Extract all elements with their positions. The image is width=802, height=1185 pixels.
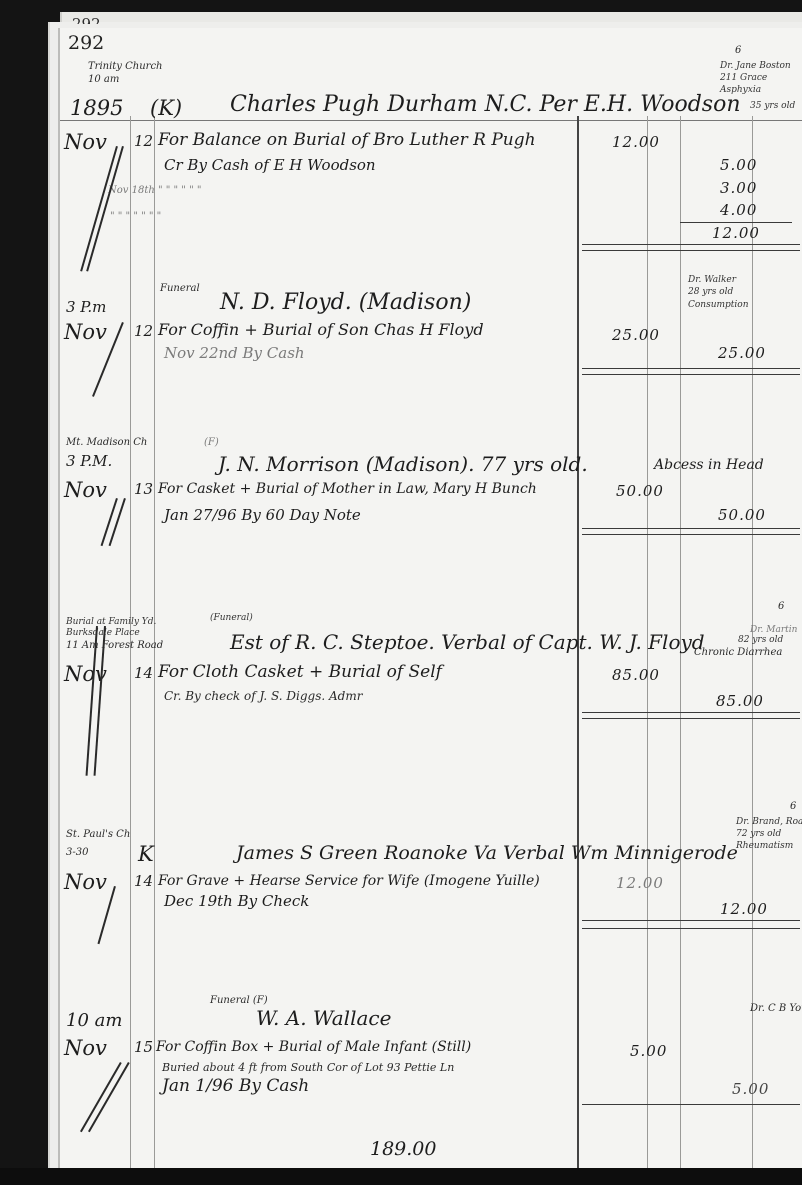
service-time: 3-30 (66, 848, 88, 858)
entry-month: Nov (64, 132, 107, 153)
debit-amount: 5.00 (630, 1044, 667, 1059)
check-mark: 6 (778, 602, 784, 612)
entry-name: J. N. Morrison (Madison). 77 yrs old. (218, 454, 588, 474)
entry-marker: (Funeral) (210, 614, 253, 623)
entry-month: Nov (64, 322, 107, 343)
entry-day: 12 (134, 324, 153, 339)
balance-rule (582, 244, 800, 245)
age: 28 yrs old (688, 288, 733, 297)
debit-amount: 85.00 (612, 668, 660, 683)
entry-name: Charles Pugh Durham N.C. Per E.H. Woodso… (230, 94, 741, 116)
service-note: Trinity Church (88, 62, 163, 72)
balance-rule (582, 1104, 800, 1105)
credit-line: Nov 18th " " " " " " (108, 186, 201, 196)
check-mark: 6 (790, 802, 796, 812)
age: 82 yrs old (738, 636, 783, 645)
credit-line: Cr By Cash of E H Woodson (164, 158, 376, 173)
debit-amount: 25.00 (612, 328, 660, 343)
service-note: St. Paul's Ch (66, 830, 130, 840)
credit-total: 50.00 (718, 508, 766, 523)
service-note: 11 Am Forest Road (66, 641, 163, 651)
credit-line: Cr. By check of J. S. Diggs. Admr (164, 690, 362, 702)
age: 72 yrs old (736, 830, 781, 839)
settled-slash (97, 886, 115, 944)
entry-name: N. D. Floyd. (Madison) (220, 292, 471, 314)
header-rule (60, 120, 802, 121)
cause-of-death: Abcess in Head (654, 458, 764, 472)
credit-total: 85.00 (716, 694, 764, 709)
service-time: 3 P.m (66, 300, 106, 315)
credit-line: Nov 22nd By Cash (164, 346, 305, 361)
service-time: 3 P.M. (66, 454, 112, 469)
page-total: 189.00 (370, 1140, 436, 1159)
cause-of-death: Consumption (688, 301, 749, 310)
entry-marker: Funeral (160, 284, 200, 294)
settled-slash (88, 1062, 130, 1132)
entry-description: For Balance on Burial of Bro Luther R Pu… (158, 132, 536, 149)
service-note: Burial at Family Yd. (66, 618, 156, 627)
check-mark: 6 (735, 46, 741, 56)
cause-of-death: Chronic Diarrhea (694, 648, 782, 658)
entry-description: For Casket + Burial of Mother in Law, Ma… (158, 482, 537, 496)
entry-marker: (K) (150, 98, 182, 119)
entry-description: For Grave + Hearse Service for Wife (Imo… (158, 874, 540, 888)
year: 1895 (70, 98, 123, 119)
entry-description: For Cloth Casket + Burial of Self (158, 664, 442, 681)
age: 35 yrs old (750, 102, 795, 111)
scan-bottom-edge (0, 1168, 802, 1185)
credit-total: 12.00 (720, 902, 768, 917)
service-time: 10 am (88, 75, 119, 85)
entry-name: James S Green Roanoke Va Verbal Wm Minni… (236, 844, 738, 863)
credit-line: " " " " " " " (110, 212, 161, 222)
entry-name: W. A. Wallace (256, 1008, 391, 1028)
entry-month: Nov (64, 480, 107, 501)
entry-day: 14 (134, 874, 153, 889)
page-number: 292 (68, 34, 104, 53)
entry-day: 12 (134, 134, 153, 149)
debit-amount: 12.00 (616, 876, 664, 891)
behind-page-number: 292 (72, 14, 101, 24)
credit-line: Jan 27/96 By 60 Day Note (164, 508, 361, 523)
settled-slash (109, 498, 126, 546)
balance-rule (582, 712, 800, 713)
cause-of-death: Asphyxia (720, 86, 761, 95)
credit-amount: 5.00 (720, 158, 757, 173)
physician: Dr. Brand, Roanoke (736, 818, 802, 827)
service-time: 10 am (66, 1012, 122, 1030)
debit-amount: 50.00 (616, 484, 664, 499)
entry-description: For Coffin + Burial of Son Chas H Floyd (158, 322, 484, 338)
credit-line: Dec 19th By Check (164, 894, 309, 909)
entry-day: 13 (134, 482, 153, 497)
physician: Dr. Walker (688, 276, 736, 285)
entry-day: 14 (134, 666, 153, 681)
balance-rule (582, 718, 800, 719)
credit-amount: 3.00 (720, 181, 757, 196)
settled-slash (86, 146, 124, 272)
debit-amount: 12.00 (612, 135, 660, 150)
balance-rule (582, 928, 800, 929)
entry-month: Nov (64, 872, 107, 893)
entry-name: Est of R. C. Steptoe. Verbal of Capt. W.… (230, 632, 705, 652)
balance-rule (582, 250, 800, 251)
entry-description: For Coffin Box + Burial of Male Infant (… (156, 1040, 471, 1054)
credit-line: Jan 1/96 By Cash (162, 1078, 309, 1095)
entry-day: 15 (134, 1040, 153, 1055)
settled-slash (80, 146, 118, 272)
ledger-page: 292 Trinity Church 10 am 1895 (K) Charle… (58, 28, 802, 1170)
physician: Dr. Martin (750, 626, 797, 635)
cause-of-death: Rheumatism (736, 842, 793, 851)
balance-rule (582, 374, 800, 375)
credit-amount: 4.00 (720, 203, 757, 218)
physician: Dr. C B Young (750, 1004, 802, 1014)
entry-marker: Funeral (F) (210, 996, 268, 1006)
address: 211 Grace (720, 74, 767, 83)
credit-total: 12.00 (712, 226, 760, 241)
balance-rule (582, 920, 800, 921)
balance-rule (582, 534, 800, 535)
service-note: Mt. Madison Ch (66, 438, 147, 448)
subtotal-rule (680, 222, 792, 223)
credit-total: 25.00 (718, 346, 766, 361)
entry-month: Nov (64, 1038, 107, 1059)
entry-marker: K (138, 844, 154, 865)
physician: Dr. Jane Boston (720, 62, 791, 71)
burial-location-note: Buried about 4 ft from South Cor of Lot … (162, 1062, 454, 1073)
settled-slash (80, 1062, 122, 1132)
entry-marker: (F) (204, 438, 219, 448)
balance-rule (582, 528, 800, 529)
credit-total: 5.00 (732, 1082, 769, 1097)
balance-rule (582, 368, 800, 369)
